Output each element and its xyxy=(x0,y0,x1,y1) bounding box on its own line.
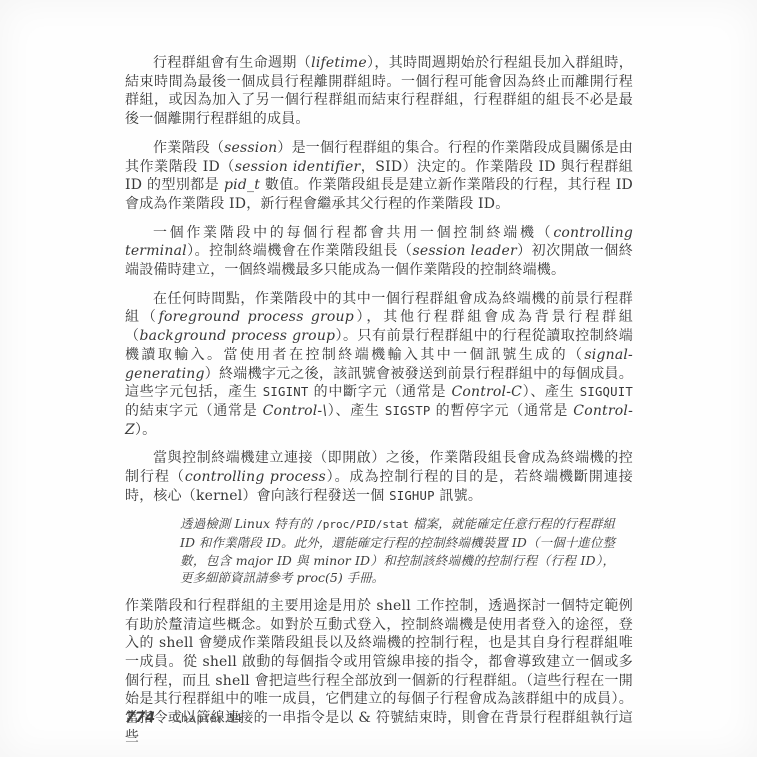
paragraph-lifetime: 行程群組會有生命週期（lifetime），其時間週期始於行程組長加入群組時，結束… xyxy=(125,54,633,129)
page-number: 774 xyxy=(125,710,155,726)
note-block: 透過檢測 Linux 特有的 /proc/PID/stat 檔案，就能確定任意行… xyxy=(180,515,615,586)
paragraph-foreground-background: 在任何時間點，作業階段中的其中一個行程群組會成為終端機的前景行程群組（foreg… xyxy=(125,290,633,440)
text-column: 行程群組會有生命週期（lifetime），其時間週期始於行程組長加入群組時，結束… xyxy=(125,54,633,756)
paragraph-controlling-terminal: 一個作業階段中的每個行程都會共用一個控制終端機（controlling term… xyxy=(125,224,633,280)
paragraph-controlling-process: 當與控制終端機建立連接（即開啟）之後，作業階段組長會成為終端機的控制行程（con… xyxy=(125,449,633,505)
page-footer: 774 Chapter 34 xyxy=(125,710,243,726)
paragraph-session: 作業階段（session）是一個行程群組的集合。行程的作業階段成員關係是由其作業… xyxy=(125,139,633,214)
chapter-label: Chapter 34 xyxy=(172,711,242,725)
book-page: 行程群組會有生命週期（lifetime），其時間週期始於行程組長加入群組時，結束… xyxy=(0,0,757,757)
